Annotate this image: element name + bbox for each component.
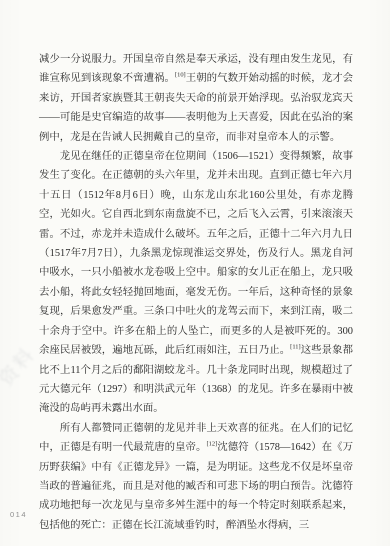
body-text: 减少一分说服力。开国皇帝自然是奉天承运，没有理由发生龙见，有谁宣称见到该现象不啻… <box>39 50 353 535</box>
footnote-marker: [12] <box>207 441 218 448</box>
paragraph: 龙见在继任的正德皇帝在位期间（1506—1521）变得频繁，故事发生了变化。在正… <box>39 147 353 419</box>
footnote-marker: [11] <box>290 344 301 351</box>
paragraph: 所有人都赞同正德朝的龙见并非上天欢喜的征兆。在人们的记忆中，正德是有明一代最荒唐… <box>39 419 353 535</box>
faint-watermark-stamp: 资料 <box>0 340 40 391</box>
book-page: 资料 资料 减少一分说服力。开国皇帝自然是奉天承运，没有理由发生龙见，有谁宣称见… <box>0 0 390 546</box>
page-number: 014 <box>10 510 27 519</box>
paragraph: 减少一分说服力。开国皇帝自然是奉天承运，没有理由发生龙见，有谁宣称见到该现象不啻… <box>39 50 353 147</box>
footnote-marker: [10] <box>175 72 186 79</box>
